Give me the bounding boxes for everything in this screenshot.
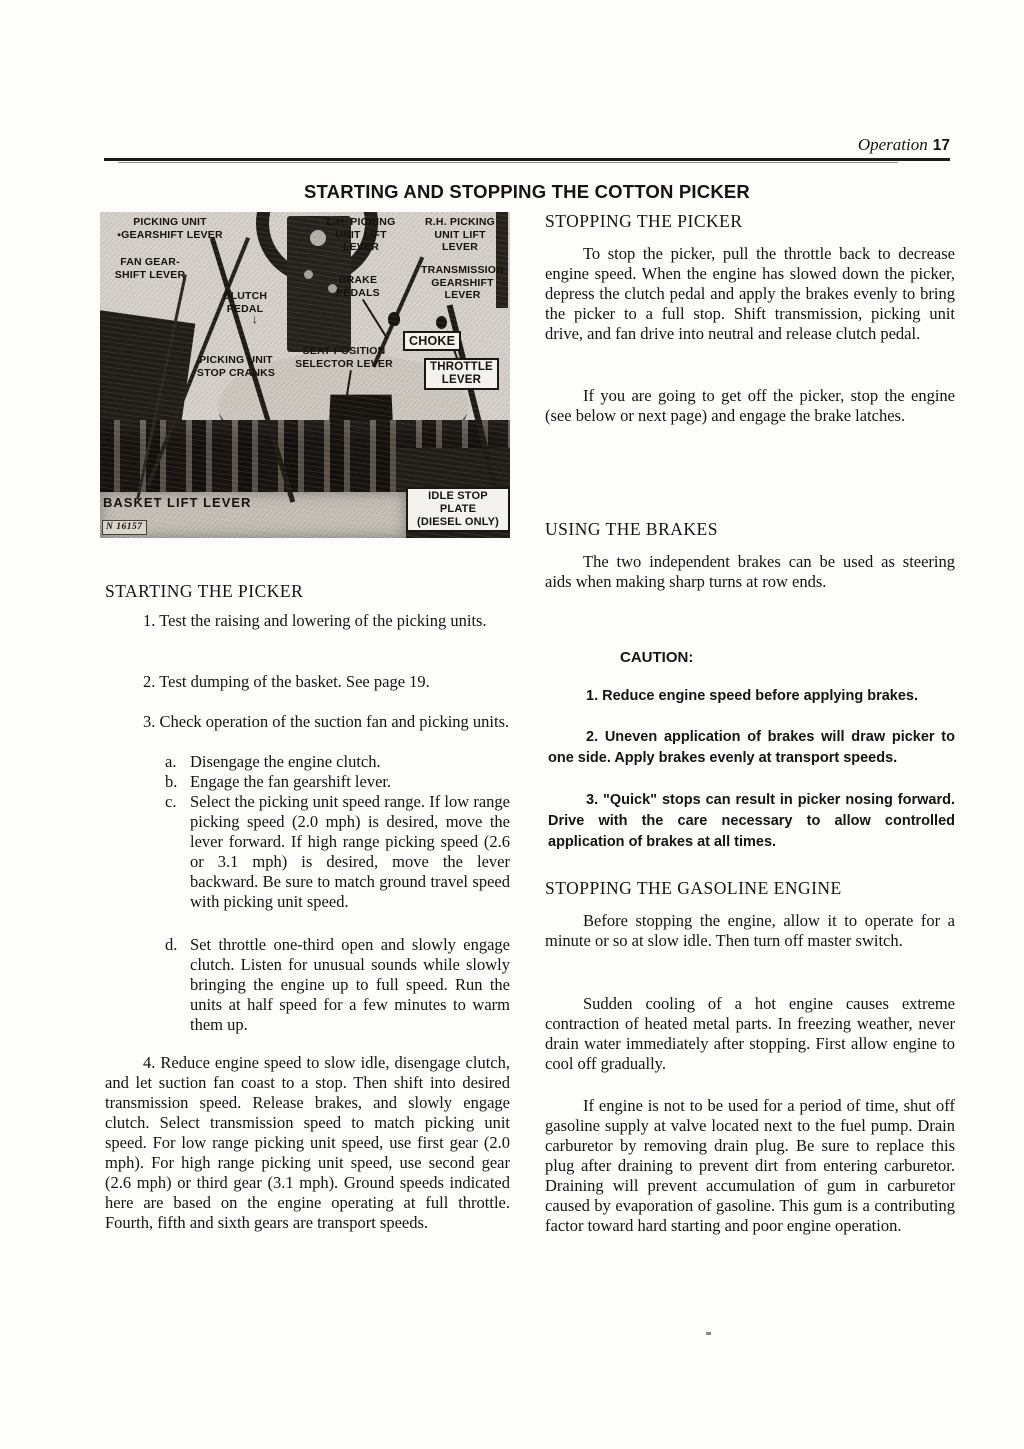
heading-stopping-the-gasoline-engine: STOPPING THE GASOLINE ENGINE — [545, 878, 955, 899]
paragraph: Before stopping the engine, allow it to … — [545, 911, 955, 951]
paragraph: Sudden cooling of a hot engine causes ex… — [545, 994, 955, 1074]
caution-heading: CAUTION: — [620, 649, 693, 666]
substep-letter: b. — [165, 772, 190, 792]
numbered-step: 1. Test the raising and lowering of the … — [105, 611, 510, 631]
heading-stopping-the-picker: STOPPING THE PICKER — [545, 211, 955, 232]
label-throttle-lever: THROTTLE LEVER — [424, 358, 499, 390]
label-transmission-gearshift-lever: TRANSMISSION GEARSHIFT LEVER — [415, 264, 510, 302]
substep-text: Disengage the engine clutch. — [190, 752, 510, 772]
page-title: STARTING AND STOPPING THE COTTON PICKER — [30, 181, 1024, 203]
paragraph: To stop the picker, pull the throttle ba… — [545, 244, 955, 344]
substep-letter: a. — [165, 752, 190, 772]
running-header: Operation17 — [858, 135, 950, 155]
numbered-step: 4. Reduce engine speed to slow idle, dis… — [105, 1053, 510, 1233]
caution-item: 2. Uneven application of brakes will dra… — [548, 727, 955, 769]
substep-text: Select the picking unit speed range. If … — [190, 792, 510, 912]
controls-photo: PICKING UNIT ▪GEARSHIFT LEVER FAN GEAR- … — [100, 212, 510, 538]
manual-page: Operation17 STARTING AND STOPPING THE CO… — [0, 0, 1024, 1449]
label-picking-unit-stop-cranks: PICKING UNIT STOP CRANKS — [188, 354, 284, 379]
page-number: 17 — [933, 137, 950, 154]
lettered-substep: d. Set throttle one-third open and slowl… — [165, 935, 510, 1035]
heading-starting-the-picker: STARTING THE PICKER — [105, 581, 510, 602]
header-rule — [104, 158, 950, 161]
substep-text: Set throttle one-third open and slowly e… — [190, 935, 510, 1035]
lettered-substep: c. Select the picking unit speed range. … — [165, 792, 510, 912]
label-seat-position-selector-lever: SEAT POSITION SELECTOR LEVER — [283, 345, 405, 370]
label-choke: CHOKE — [403, 331, 461, 351]
substep-letter: c. — [165, 792, 190, 912]
lettered-substep: a. Disengage the engine clutch. — [165, 752, 510, 772]
running-title: Operation — [858, 135, 928, 154]
numbered-step: 2. Test dumping of the basket. See page … — [105, 672, 510, 692]
paragraph: If engine is not to be used for a period… — [545, 1096, 955, 1236]
label-brake-pedals: BRAKE PEDALS — [328, 274, 388, 299]
label-rh-picking-unit-lift-lever: R.H. PICKING UNIT LIFT LEVER — [414, 216, 506, 254]
paragraph: If you are going to get off the picker, … — [545, 386, 955, 426]
caution-item: 3. "Quick" stops can result in picker no… — [548, 790, 955, 853]
heading-using-the-brakes: USING THE BRAKES — [545, 519, 955, 540]
label-basket-lift-lever: BASKET LIFT LEVER — [103, 497, 293, 510]
scan-speck — [706, 1332, 711, 1335]
paragraph: The two independent brakes can be used a… — [545, 552, 955, 592]
label-lh-picking-unit-lift-lever: L.H. PICKING UNIT LIFT LEVER — [313, 216, 409, 254]
photo-id: N 16157 — [102, 520, 147, 535]
label-clutch-pedal: CLUTCH PEDAL — [212, 290, 278, 315]
label-picking-unit-gearshift-lever: PICKING UNIT ▪GEARSHIFT LEVER — [106, 216, 234, 241]
numbered-step: 3. Check operation of the suction fan an… — [105, 712, 510, 732]
label-fan-gearshift-lever: FAN GEAR- SHIFT LEVER — [102, 256, 198, 281]
down-arrow-icon: ↓ — [248, 313, 262, 326]
substep-letter: d. — [165, 935, 190, 1035]
label-idle-stop-plate: IDLE STOP PLATE (DIESEL ONLY) — [406, 487, 510, 532]
substep-text: Engage the fan gearshift lever. — [190, 772, 510, 792]
caution-item: 1. Reduce engine speed before applying b… — [548, 686, 955, 707]
lettered-substep: b. Engage the fan gearshift lever. — [165, 772, 510, 792]
